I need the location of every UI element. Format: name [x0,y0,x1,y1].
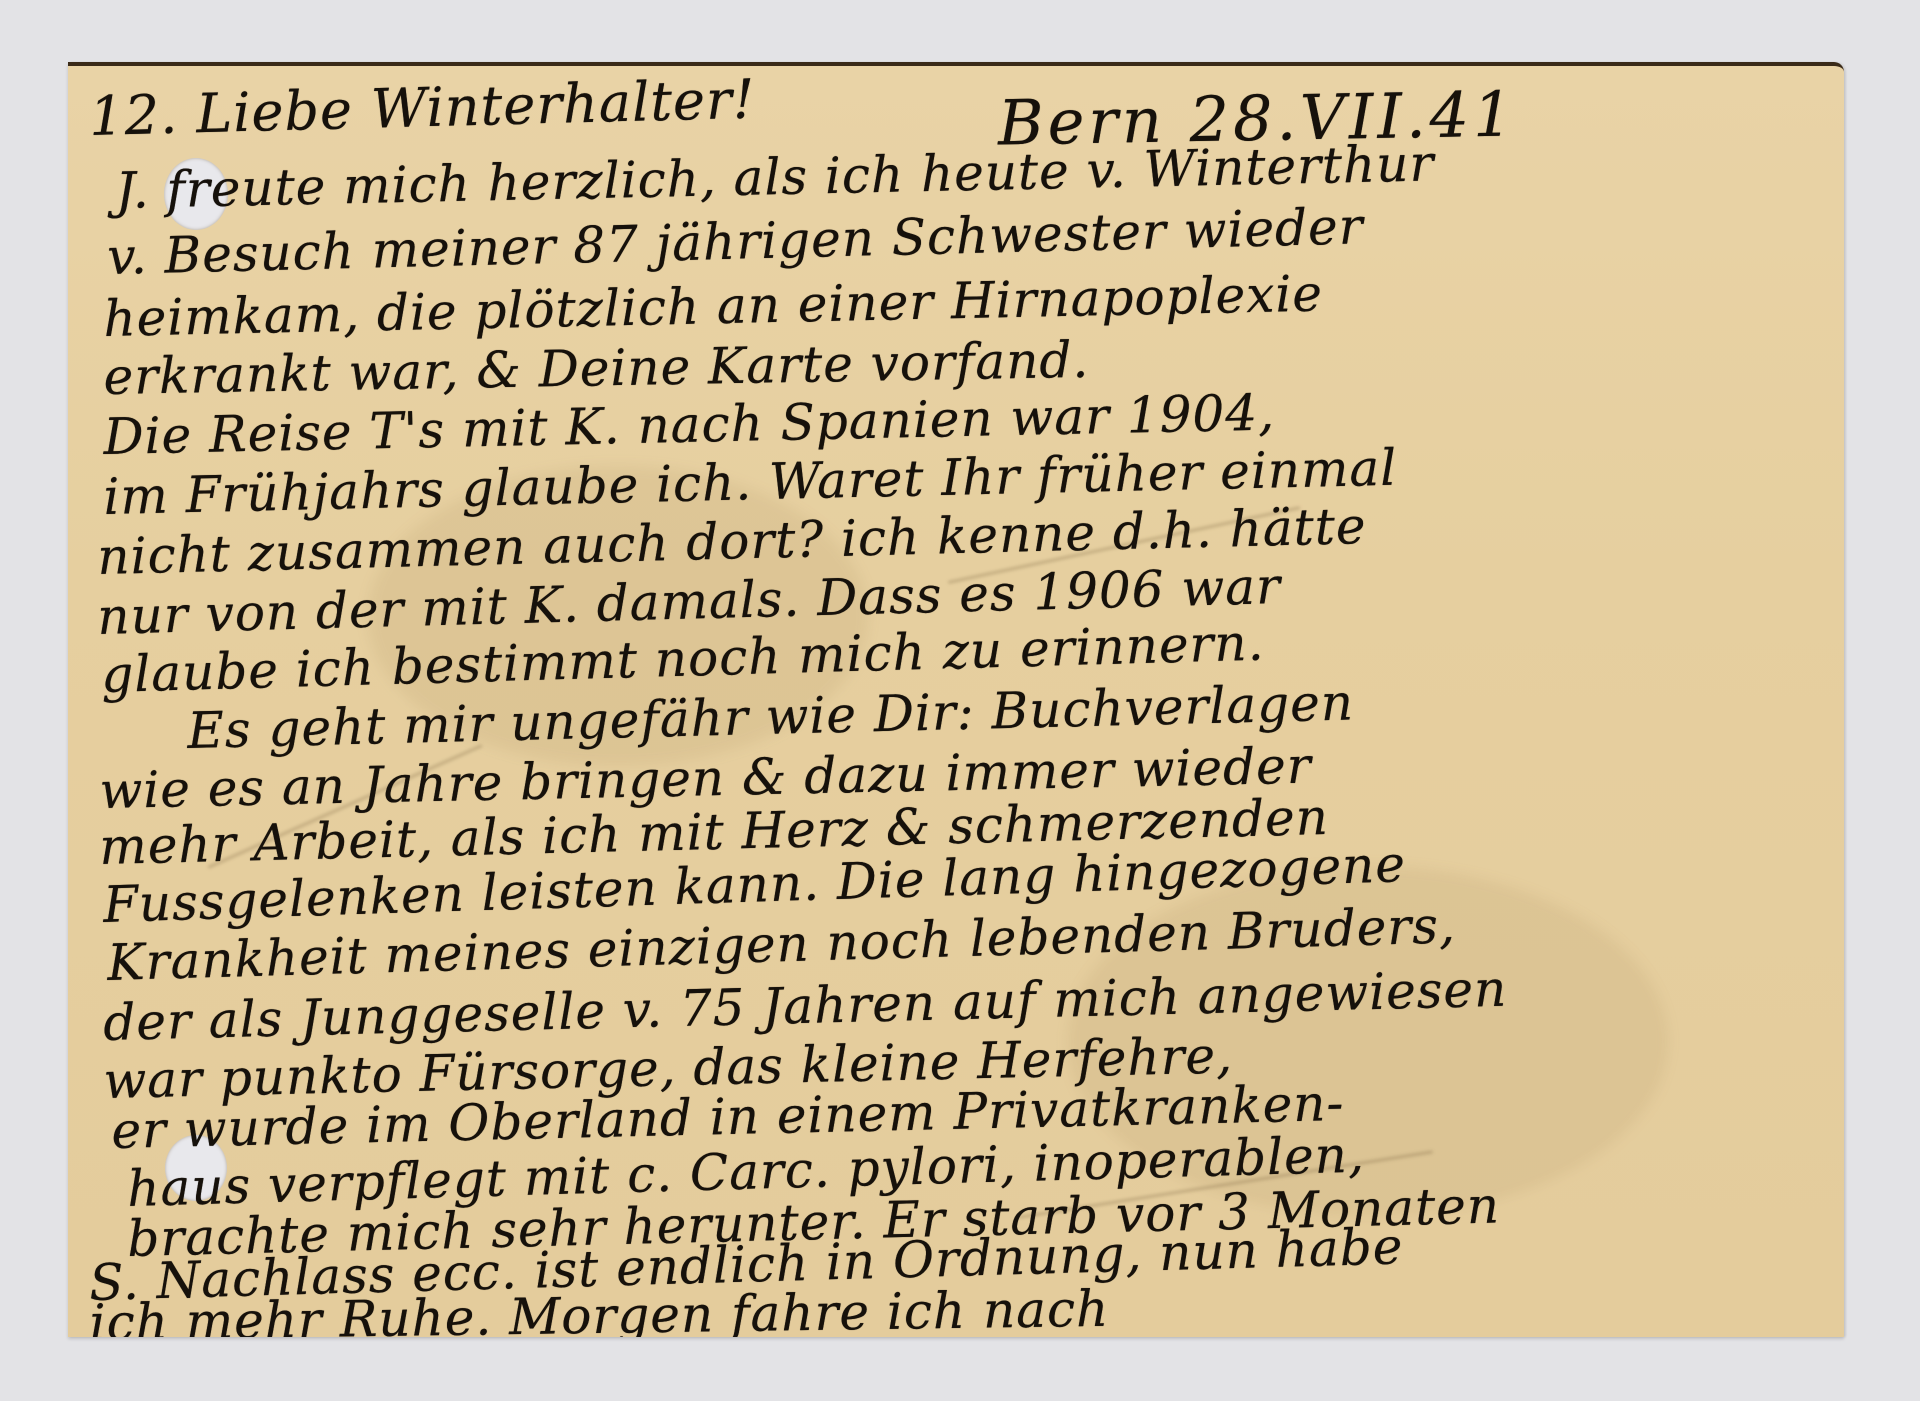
salutation: 12. Liebe Winterhalter! [89,73,756,144]
perforated-edge [68,66,73,1337]
letter-line: ich mehr Ruhe. Morgen fahre ich nach [89,1284,1109,1337]
postcard: 12. Liebe Winterhalter! Bern 28.VII.41 J… [68,62,1844,1337]
